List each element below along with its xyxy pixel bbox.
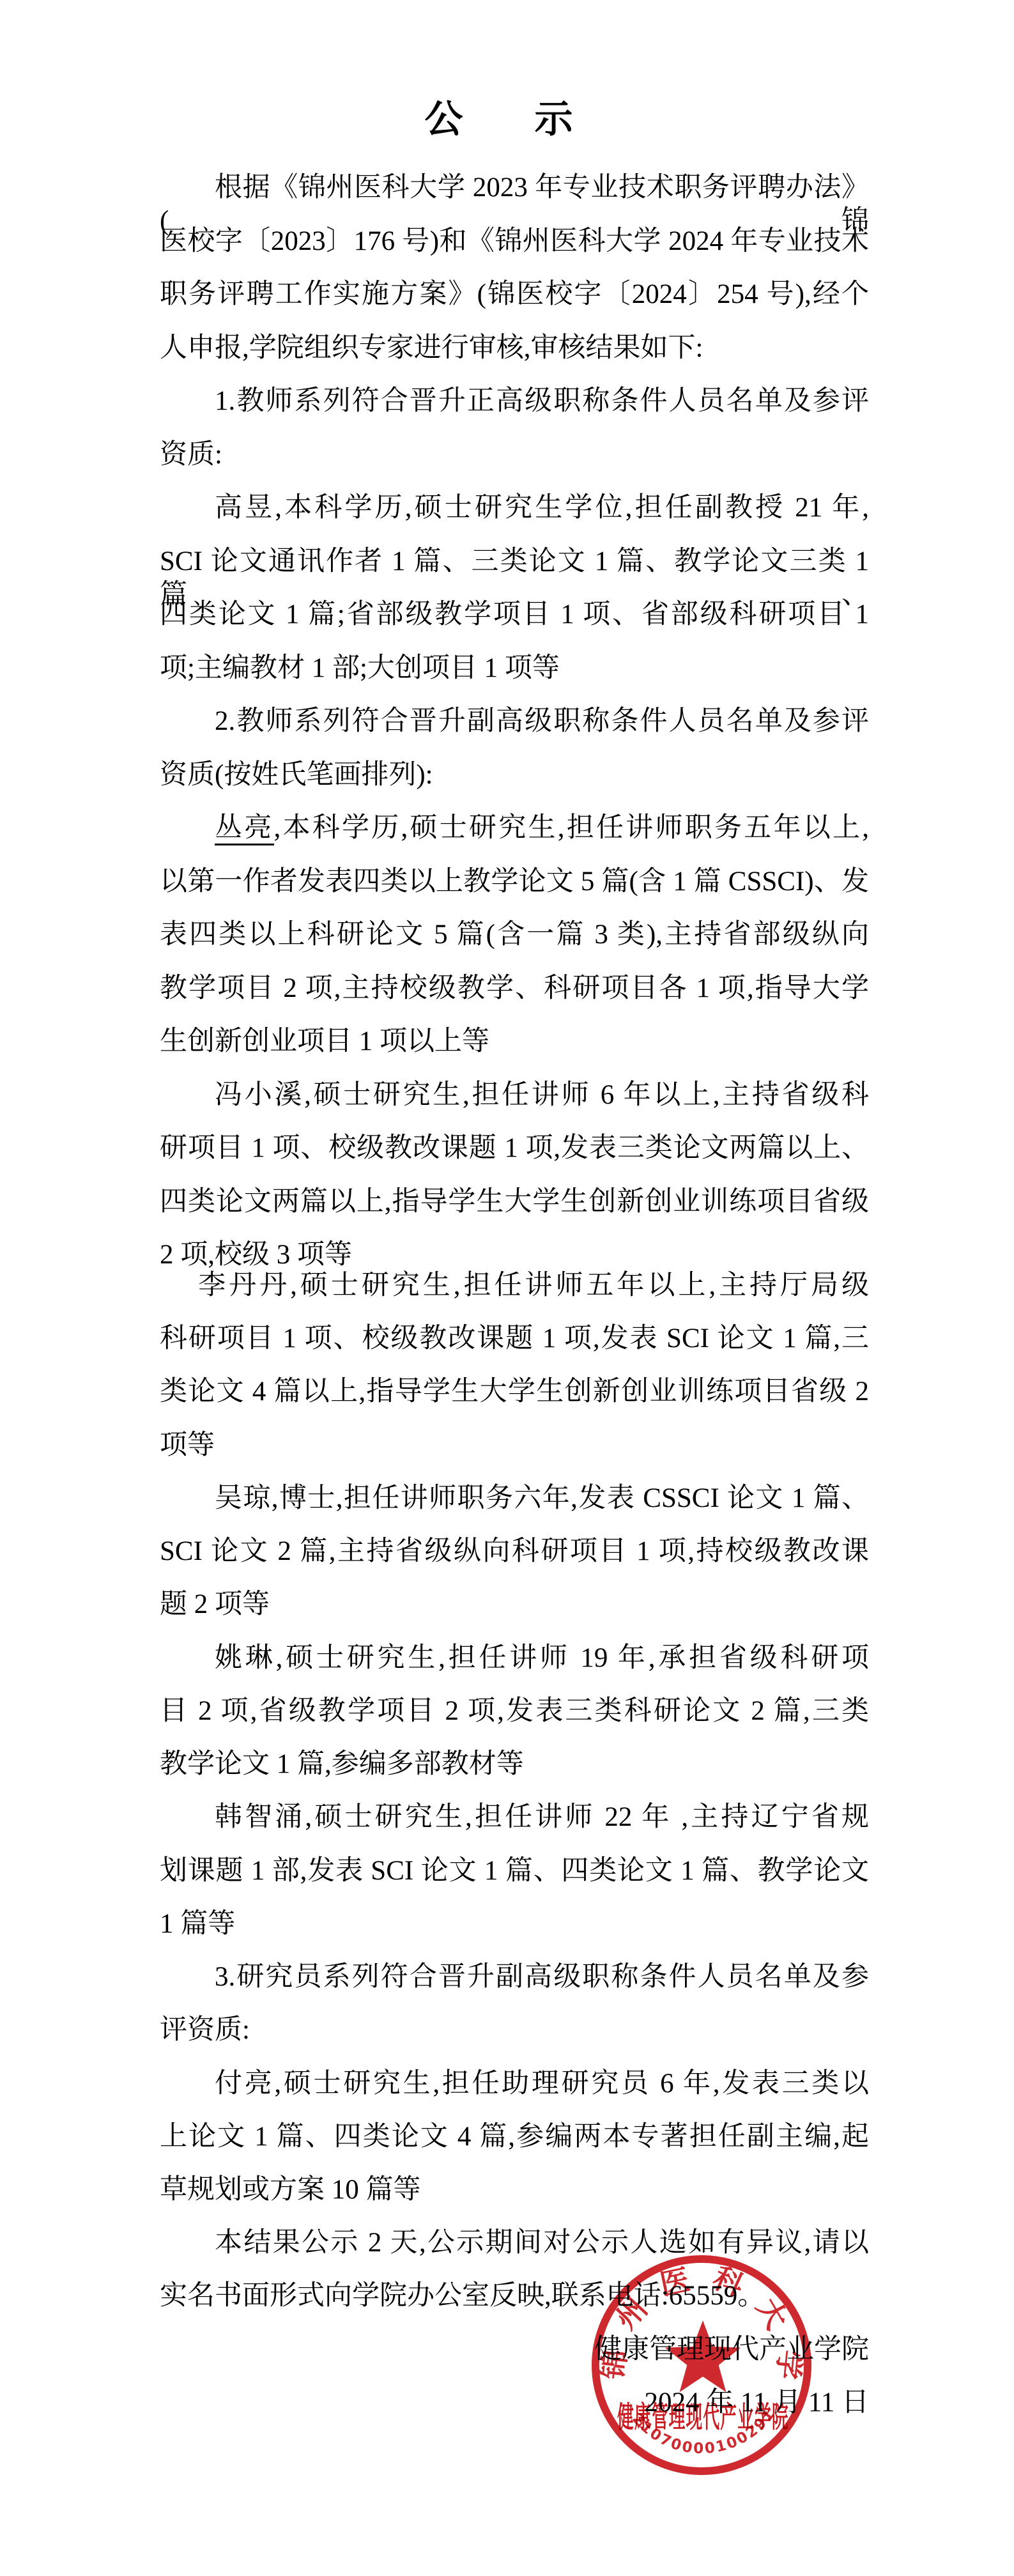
text-line: 类论文 4 篇以上,指导学生大学生创新创业训练项目省级 2 <box>160 1375 869 1408</box>
date-line: 2024 年 11 月 11 日 <box>160 2386 953 2419</box>
text-line: 丛亮,本科学历,硕士研究生,担任讲师职务五年以上, <box>160 812 869 845</box>
text-line: 研项目 1 项、校级教改课题 1 项,发表三类论文两篇以上、 <box>160 1132 869 1165</box>
text-line: 冯小溪,硕士研究生,担任讲师 6 年以上,主持省级科 <box>160 1079 869 1112</box>
text-line: 医校字〔2023〕176 号)和《锦州医科大学 2024 年专业技术 <box>160 225 869 258</box>
text-line: 评资质: <box>160 2014 869 2047</box>
text-line: 题 2 项等 <box>160 1588 869 1621</box>
text-line: 教学论文 1 篇,参编多部教材等 <box>160 1748 869 1781</box>
text-line: 资质: <box>160 438 869 472</box>
text-line: 2 项,校级 3 项等 <box>160 1238 869 1272</box>
text-line: 科研项目 1 项、校级教改课题 1 项,发表 SCI 论文 1 篇,三 <box>160 1322 869 1355</box>
person-name-underlined: 丛亮 <box>215 813 274 845</box>
text-line: 四类论文两篇以上,指导学生大学生创新创业训练项目省级 <box>160 1185 869 1219</box>
text-line: 四类论文 1 篇;省部级教学项目 1 项、省部级科研项目 1 <box>160 598 869 631</box>
text-line: 目 2 项,省级教学项目 2 项,发表三类科研论文 2 篇,三类 <box>160 1695 869 1728</box>
text-line: 1 篇等 <box>160 1908 869 1941</box>
text-line: 高昱,本科学历,硕士研究生学位,担任副教授 21 年, <box>160 491 869 525</box>
text-line: 上论文 1 篇、四类论文 4 篇,参编两本专著担任副主编,起 <box>160 2120 869 2154</box>
text-line: 人申报,学院组织专家进行审核,审核结果如下: <box>160 332 869 365</box>
text-line: 教学项目 2 项,主持校级教学、科研项目各 1 项,指导大学 <box>160 972 869 1005</box>
page-title: 公 示 <box>0 97 1014 142</box>
section-heading: 3.研究员系列符合晋升副高级职称条件人员名单及参 <box>160 1961 869 1994</box>
section-heading: 1.教师系列符合晋升正高级职称条件人员名单及参评 <box>160 385 869 418</box>
text-line: 付亮,硕士研究生,担任助理研究员 6 年,发表三类以 <box>160 2067 869 2101</box>
section-heading: 2.教师系列符合晋升副高级职称条件人员名单及参评 <box>160 705 869 738</box>
official-seal: 锦州医科大学 210700001002915 <box>591 2255 812 2476</box>
text-line: SCI 论文 2 篇,主持省级纵向科研项目 1 项,持校级教改课 <box>160 1535 869 1568</box>
text-line: 职务评聘工作实施方案》(锦医校字〔2024〕254 号),经个 <box>160 278 869 311</box>
text-line: 划课题 1 部,发表 SCI 论文 1 篇、四类论文 1 篇、教学论文 <box>160 1855 869 1888</box>
text-line: 生创新创业项目 1 项以上等 <box>160 1025 869 1058</box>
text-line: 姚琳,硕士研究生,担任讲师 19 年,承担省级科研项 <box>160 1642 869 1675</box>
text-line: 草规划或方案 10 篇等 <box>160 2173 869 2207</box>
text-line: 表四类以上科研论文 5 篇(含一篇 3 类),主持省部级纵向 <box>160 918 869 952</box>
announcement-page: 公 示 根据《锦州医科大学 2023 年专业技术职务评聘办法》(锦 医校字〔20… <box>0 0 1014 2576</box>
text-line: 项等 <box>160 1429 869 1462</box>
text-line: 资质(按姓氏笔画排列): <box>160 759 869 792</box>
text-line: 以第一作者发表四类以上教学论文 5 篇(含 1 篇 CSSCI)、发 <box>160 865 869 899</box>
seal-star-icon <box>665 2320 741 2392</box>
text-line: 项;主编教材 1 部;大创项目 1 项等 <box>160 652 869 685</box>
signature-line: 健康管理现代产业学院 <box>160 2333 934 2366</box>
text-line: 李丹丹,硕士研究生,担任讲师五年以上,主持厅局级 <box>160 1269 869 1302</box>
text-line: 吴琼,博士,担任讲师职务六年,发表 CSSCI 论文 1 篇、 <box>160 1482 869 1515</box>
text-line: 韩智涌,硕士研究生,担任讲师 22 年 ,主持辽宁省规 <box>160 1801 869 1834</box>
text-line: ,本科学历,硕士研究生,担任讲师职务五年以上, <box>274 813 870 843</box>
seal-college-name: 健康管理现代产业学院 <box>617 2401 789 2434</box>
